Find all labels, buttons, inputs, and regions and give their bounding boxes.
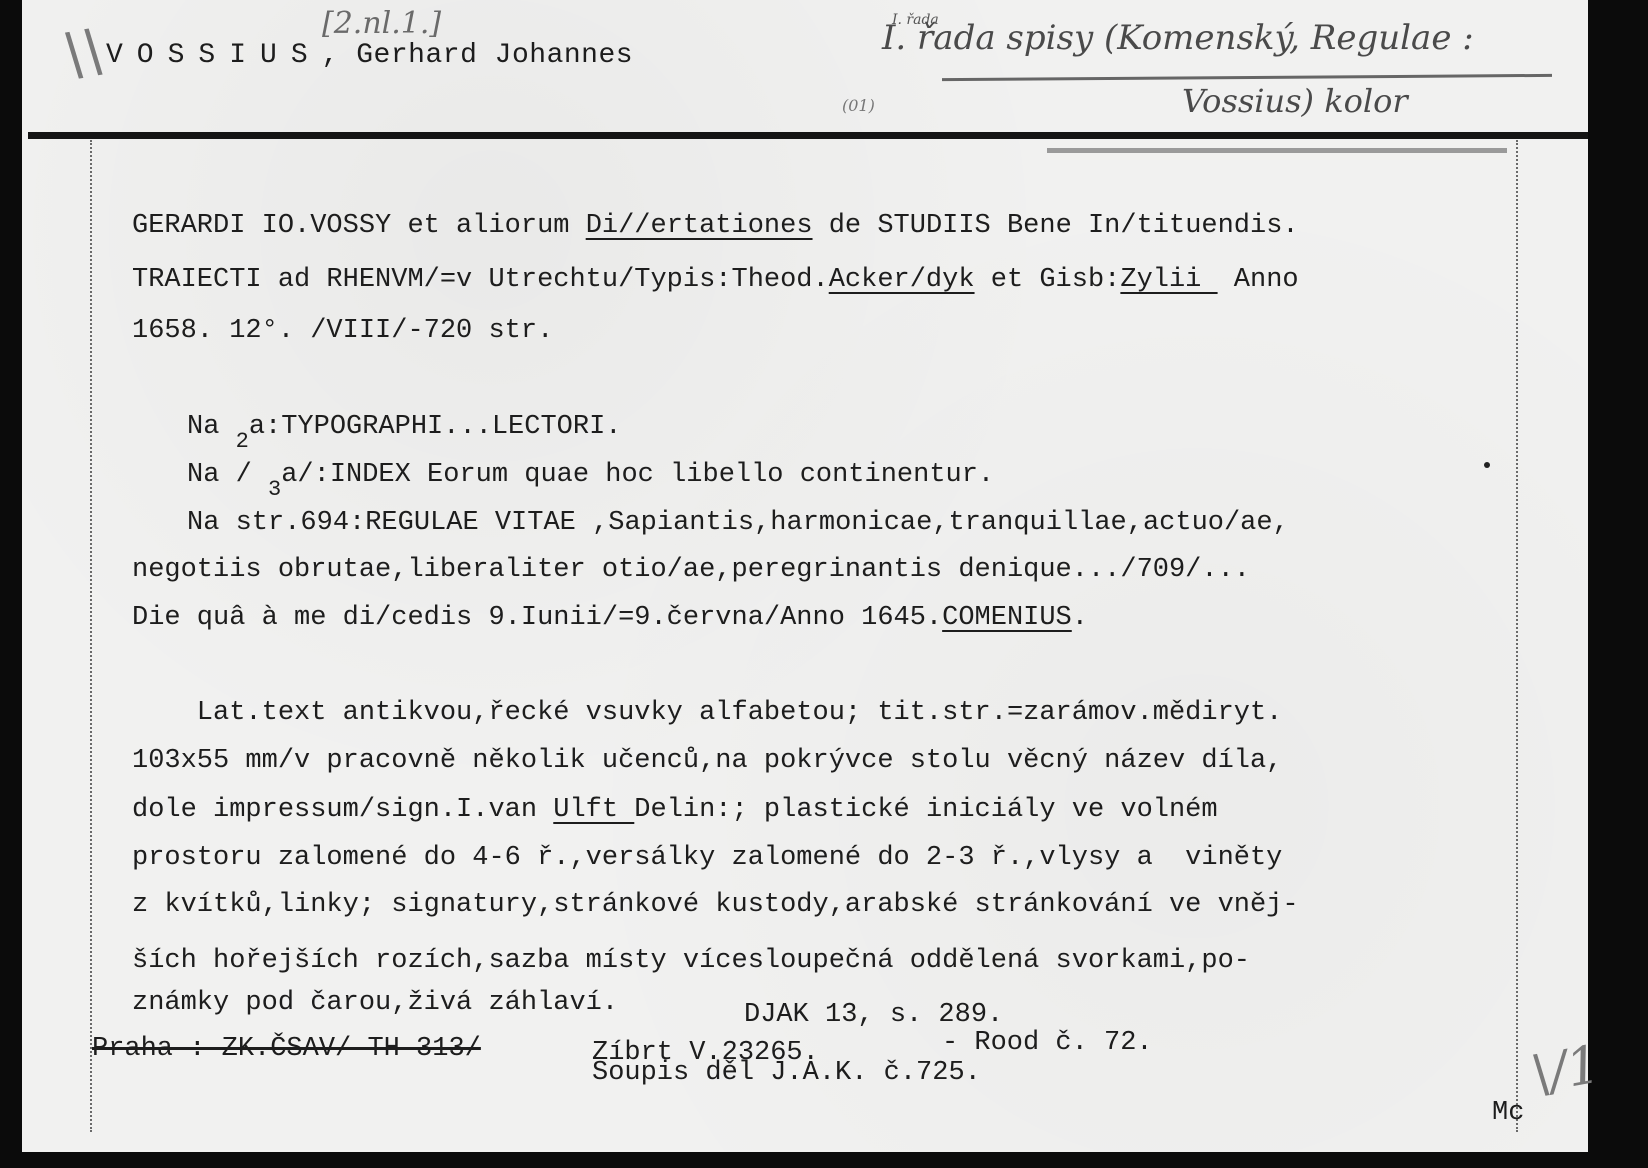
note-prefix: Na / [187, 460, 268, 490]
handwritten-classification-line1: I. řada spisy (Komenský, Regulae : [882, 18, 1474, 58]
handwritten-smudge-line [1047, 148, 1507, 153]
note-prefix: Na [187, 412, 236, 442]
contents-note-2: Na / 3a/:INDEX Eorum quae hoc libello co… [187, 462, 994, 489]
description-line-5: z kvítků,linky; signatury,stránkové kust… [132, 892, 1299, 919]
description-line-1: Lat.text antikvou,řecké vsuvky alfabetou… [132, 700, 1282, 727]
handwritten-underline [942, 74, 1552, 81]
imprint-text: et Gisb: [975, 265, 1121, 295]
right-margin-line [1516, 140, 1518, 1132]
handwritten-call-number: [2.nl.1.] [322, 6, 441, 41]
title-text: de STUDIIS Bene In/tituendis. [813, 211, 1299, 241]
note-text: . [1072, 603, 1088, 633]
collation-line: 1658. 12°. /VIII/-720 str. [132, 318, 553, 345]
signature-number: 3 [268, 477, 281, 502]
author-surname: VOSSIUS [106, 40, 322, 71]
catalog-card: \\ [2.nl.1.] VOSSIUS, Gerhard Johannes I… [22, 0, 1588, 1152]
title-word-underlined: Di//ertationes [586, 211, 813, 241]
description-line-2: 103x55 mm/v pracovně několik učenců,na p… [132, 748, 1282, 775]
description-text: dole impressum/sign.I.van [132, 795, 553, 825]
note-text: a/:INDEX Eorum quae hoc libello continen… [281, 460, 994, 490]
imprint-text: Anno [1218, 265, 1299, 295]
heading-rule [28, 132, 1588, 139]
reference-soupis: Soupis děl J.A.K. č.725. [592, 1060, 981, 1087]
contents-note-1: Na 2a:TYPOGRAPHI...LECTORI. [187, 414, 621, 441]
stray-mark [1484, 462, 1490, 468]
location-struck-out: Praha : ZK.ČSAV/ TH 313/ [92, 1036, 481, 1063]
description-text: Delin:; plastické iniciály ve volném [634, 795, 1217, 825]
handwritten-check-mark-bottom: \/1 [1527, 1035, 1605, 1106]
contents-note-3-end: Die quâ à me di/cedis 9.Iunii/=9.června/… [132, 605, 1088, 632]
note-text: Die quâ à me di/cedis 9.Iunii/=9.června/… [132, 603, 942, 633]
imprint-text: TRAIECTI ad RHENVM/=v Utrechtu/Typis:The… [132, 265, 829, 295]
handwritten-check-mark: \\ [58, 15, 108, 89]
handwritten-classification-line2: Vossius) kolor [1182, 82, 1408, 120]
author-heading: VOSSIUS, Gerhard Johannes [106, 40, 633, 71]
engraver-name-underlined: Ulft [553, 795, 634, 825]
left-margin-line [90, 140, 92, 1132]
imprint-line: TRAIECTI ad RHENVM/=v Utrechtu/Typis:The… [132, 267, 1299, 294]
reference-rood: - Rood č. 72. [942, 1030, 1153, 1057]
title-line-1: GERARDI IO.VOSSY et aliorum Di//ertation… [132, 213, 1299, 240]
author-separator: , [322, 40, 339, 71]
title-text: GERARDI IO.VOSSY et aliorum [132, 211, 586, 241]
contents-note-3: Na str.694:REGULAE VITAE ,Sapiantis,harm… [187, 510, 1289, 537]
contents-note-3-cont: negotiis obrutae,liberaliter otio/ae,per… [132, 557, 1250, 584]
signature-number: 2 [236, 429, 249, 454]
description-line-7: známky pod čarou,živá záhlaví. [132, 990, 618, 1017]
note-text: a:TYPOGRAPHI...LECTORI. [249, 412, 622, 442]
handwritten-bracket-note: (01) [842, 96, 875, 115]
cataloger-initials: Mc [1492, 1098, 1524, 1128]
signature-underlined: COMENIUS [942, 603, 1072, 633]
reference-djak: DJAK 13, s. 289. [744, 1002, 1003, 1029]
description-line-4: prostoru zalomené do 4-6 ř.,versálky zal… [132, 845, 1282, 872]
description-line-6: ších hořejších rozích,sazba místy vícesl… [132, 948, 1250, 975]
author-given-names: Gerhard Johannes [356, 40, 633, 71]
printer-name-underlined: Zylii [1120, 265, 1217, 295]
description-line-3: dole impressum/sign.I.van Ulft Delin:; p… [132, 797, 1218, 824]
printer-name-underlined: Acker/dyk [829, 265, 975, 295]
